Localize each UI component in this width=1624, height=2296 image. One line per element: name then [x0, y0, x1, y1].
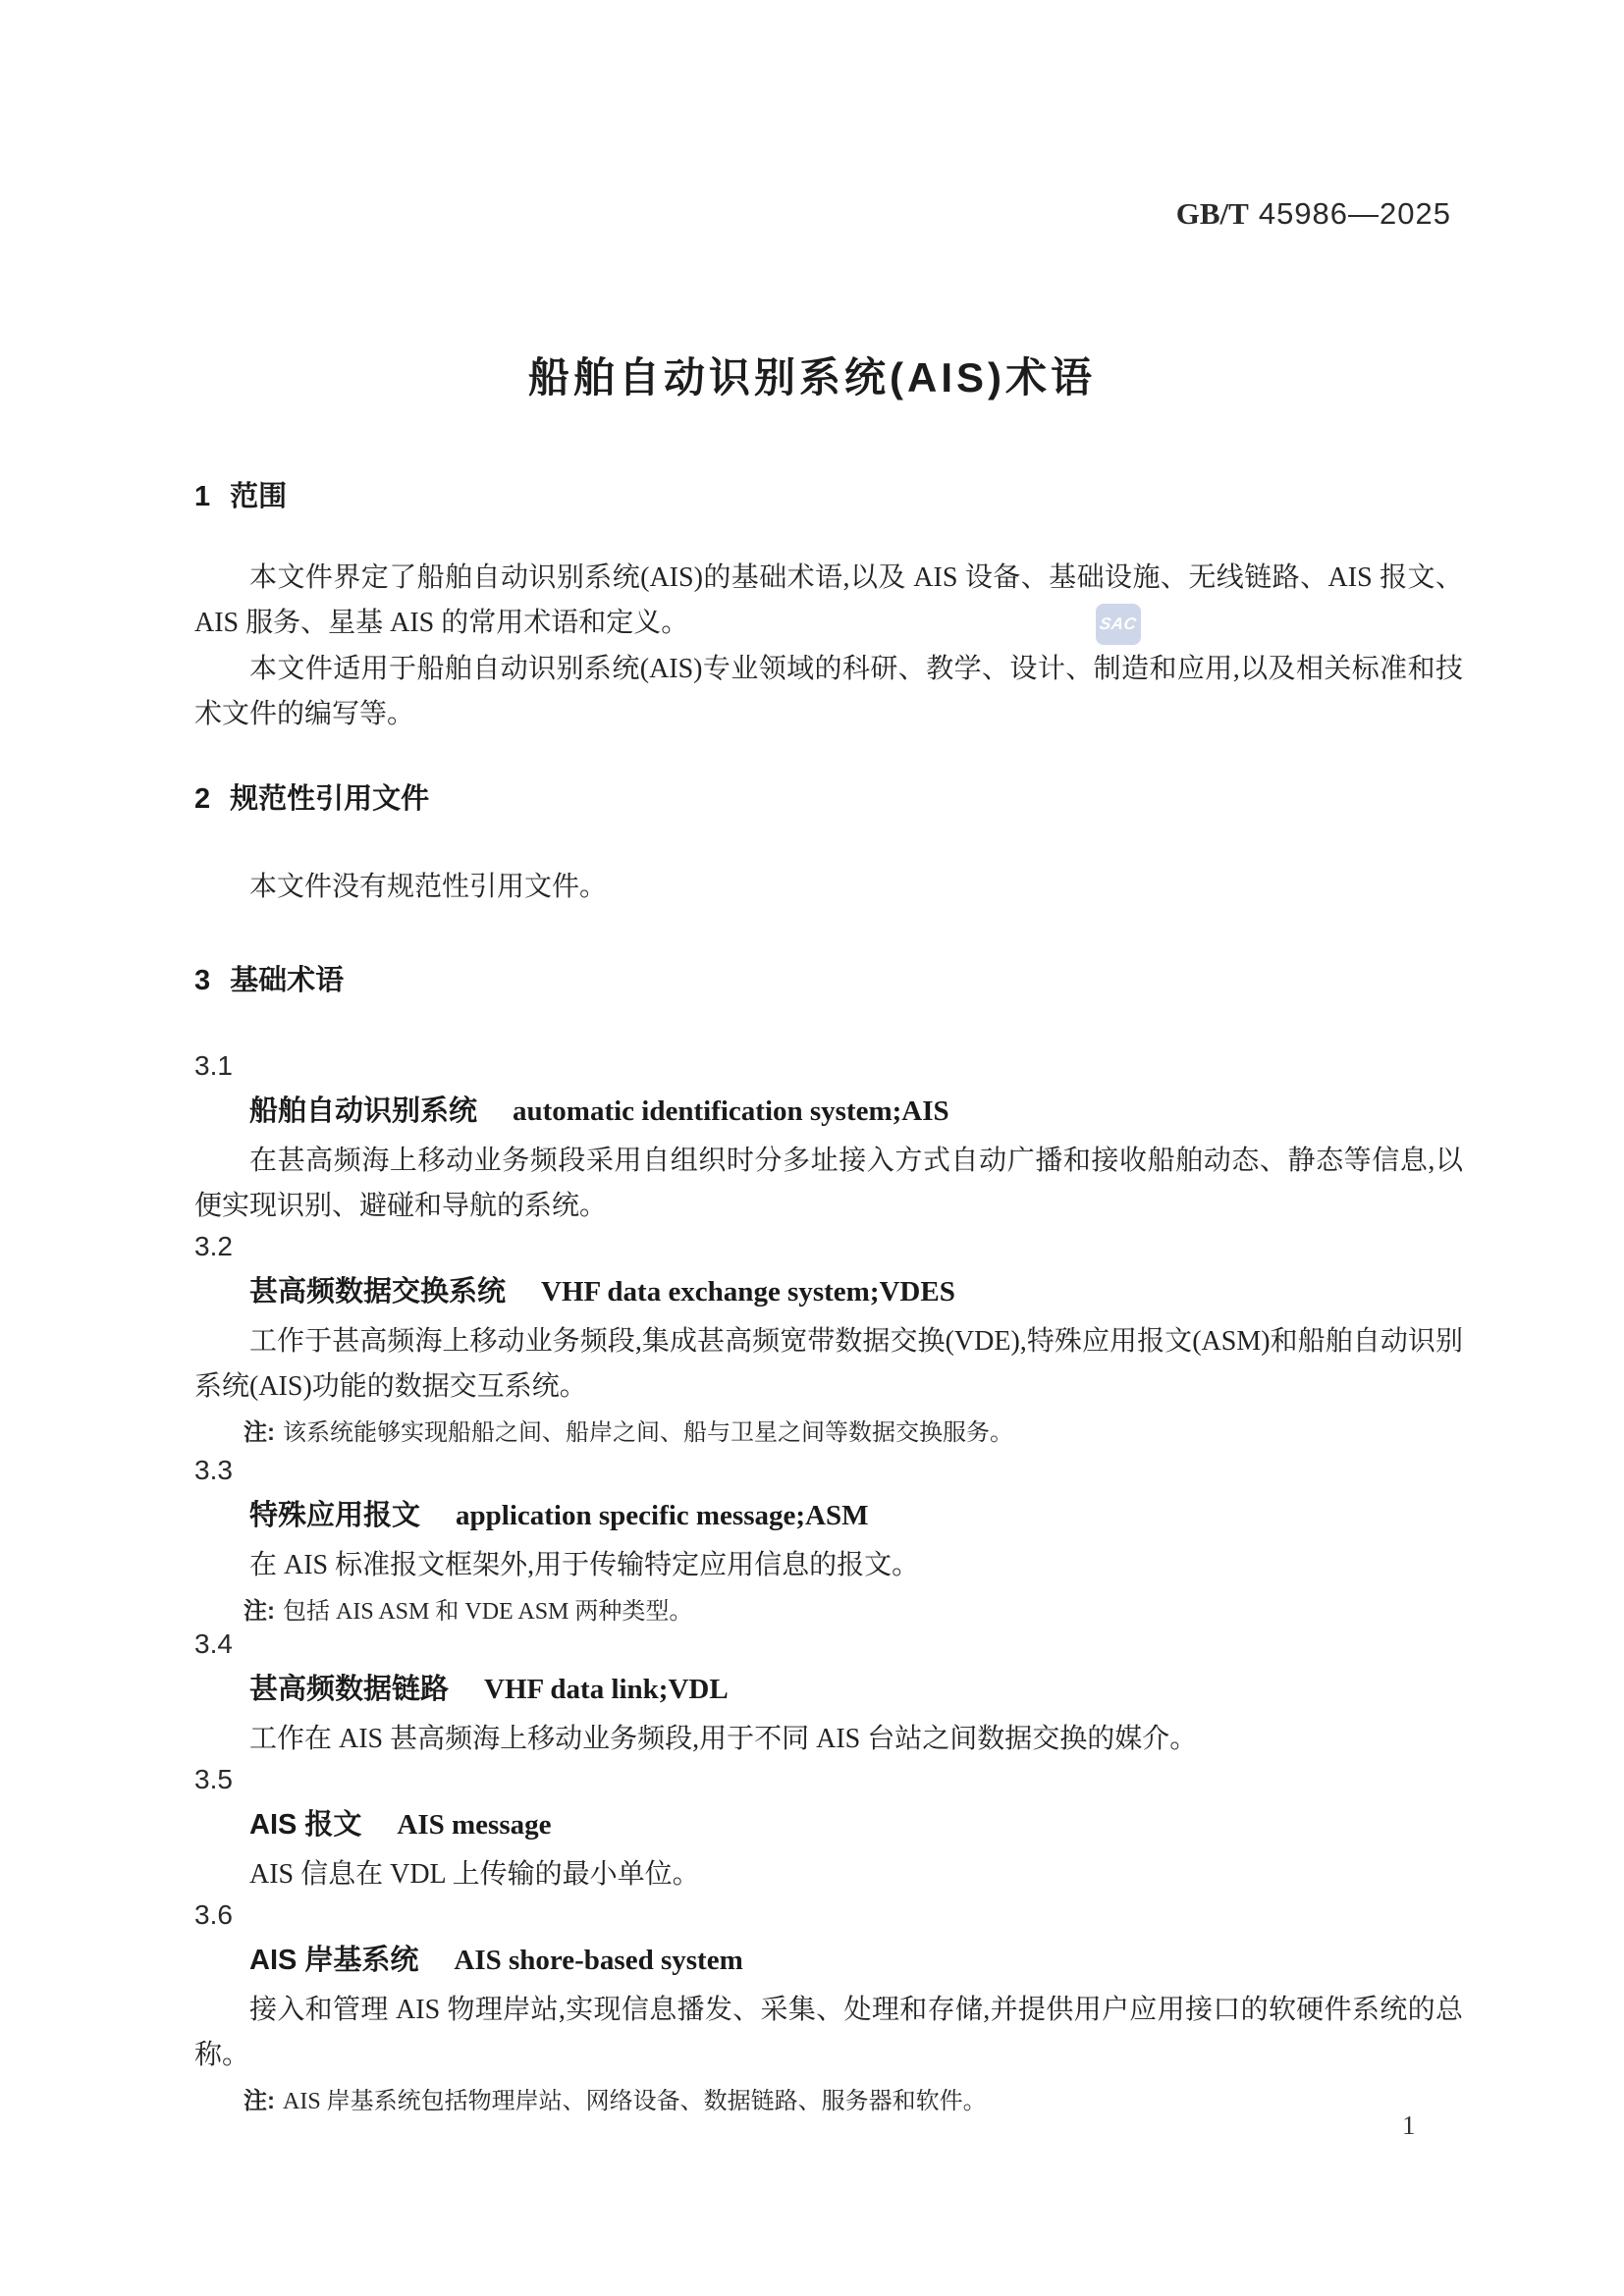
- term-definition: 在甚高频海上移动业务频段采用自组织时分多址接入方式自动广播和接收船舶动态、静态等…: [194, 1139, 1463, 1229]
- term-entry-3-3: 3.3 特殊应用报文application specific message;A…: [194, 1448, 1463, 1633]
- term-number: 3.2: [194, 1224, 1463, 1269]
- term-line: 船舶自动识别系统automatic identification system;…: [194, 1089, 1463, 1139]
- note-text: 该系统能够实现船船之间、船岸之间、船与卫星之间等数据交换服务。: [283, 1420, 1013, 1446]
- term-number: 3.5: [194, 1757, 1463, 1802]
- term-name-zh: 特殊应用报文: [249, 1500, 420, 1531]
- clause-number: 2: [194, 783, 210, 815]
- term-name-zh: 船舶自动识别系统: [249, 1095, 477, 1127]
- term-definition: 在 AIS 标准报文框架外,用于传输特定应用信息的报文。: [194, 1543, 1463, 1588]
- standard-code-prefix: GB/T: [1176, 196, 1249, 231]
- term-definition: 工作于甚高频海上移动业务频段,集成甚高频宽带数据交换(VDE),特殊应用报文(A…: [194, 1319, 1463, 1410]
- page-number: 1: [1402, 2110, 1416, 2141]
- note-label: 注:: [244, 1598, 275, 1625]
- standard-code: GB/T45986—2025: [1176, 196, 1451, 232]
- clause-heading-basic-terms: 3基础术语: [194, 961, 1463, 1000]
- term-entry-3-2: 3.2 甚高频数据交换系统VHF data exchange system;VD…: [194, 1224, 1463, 1455]
- term-name-zh: AIS 岸基系统: [249, 1945, 418, 1976]
- term-entry-3-6: 3.6 AIS 岸基系统AIS shore-based system 接入和管理…: [194, 1893, 1463, 2123]
- term-name-en: AIS message: [397, 1809, 551, 1841]
- term-number: 3.1: [194, 1043, 1463, 1089]
- term-line: 甚高频数据交换系统VHF data exchange system;VDES: [194, 1269, 1463, 1319]
- clause-title: 规范性引用文件: [230, 783, 429, 815]
- term-line: 甚高频数据链路VHF data link;VDL: [194, 1667, 1463, 1717]
- scope-paragraph-2: 本文件适用于船舶自动识别系统(AIS)专业领域的科研、教学、设计、制造和应用,以…: [194, 647, 1463, 737]
- term-entry-3-5: 3.5 AIS 报文AIS message AIS 信息在 VDL 上传输的最小…: [194, 1757, 1463, 1897]
- term-name-en: automatic identification system;AIS: [513, 1095, 949, 1127]
- clause-number: 1: [194, 481, 210, 512]
- term-name-en: VHF data link;VDL: [484, 1674, 729, 1705]
- term-definition: 接入和管理 AIS 物理岸站,实现信息播发、采集、处理和存储,并提供用户应用接口…: [194, 1988, 1463, 2078]
- term-entry-3-4: 3.4 甚高频数据链路VHF data link;VDL 工作在 AIS 甚高频…: [194, 1622, 1463, 1762]
- clause-title: 范围: [230, 481, 287, 512]
- references-paragraph-block: 本文件没有规范性引用文件。: [194, 865, 1463, 910]
- note-label: 注:: [244, 2088, 275, 2114]
- term-entry-3-1: 3.1 船舶自动识别系统automatic identification sys…: [194, 1043, 1463, 1229]
- document-title: 船舶自动识别系统(AIS)术语: [0, 346, 1624, 404]
- term-name-en: application specific message;ASM: [456, 1500, 868, 1531]
- clause-number: 3: [194, 965, 210, 996]
- term-line: 特殊应用报文application specific message;ASM: [194, 1493, 1463, 1543]
- scope-paragraph-2-block: 本文件适用于船舶自动识别系统(AIS)专业领域的科研、教学、设计、制造和应用,以…: [194, 647, 1463, 737]
- term-definition: AIS 信息在 VDL 上传输的最小单位。: [194, 1852, 1463, 1897]
- note-text: AIS 岸基系统包括物理岸站、网络设备、数据链路、服务器和软件。: [283, 2089, 987, 2114]
- clause-heading-scope: 1范围: [194, 477, 1463, 516]
- references-paragraph: 本文件没有规范性引用文件。: [194, 865, 1463, 910]
- term-number: 3.3: [194, 1448, 1463, 1493]
- term-definition: 工作在 AIS 甚高频海上移动业务频段,用于不同 AIS 台站之间数据交换的媒介…: [194, 1717, 1463, 1762]
- term-name-en: VHF data exchange system;VDES: [541, 1276, 955, 1308]
- term-name-zh: AIS 报文: [249, 1809, 361, 1841]
- note-label: 注:: [244, 1419, 275, 1446]
- term-name-zh: 甚高频数据交换系统: [249, 1276, 506, 1308]
- term-name-en: AIS shore-based system: [454, 1945, 742, 1976]
- term-note: 注:AIS 岸基系统包括物理岸站、网络设备、数据链路、服务器和软件。: [194, 2080, 1463, 2123]
- term-number: 3.6: [194, 1893, 1463, 1938]
- term-line: AIS 岸基系统AIS shore-based system: [194, 1938, 1463, 1988]
- clause-heading-references: 2规范性引用文件: [194, 779, 1463, 819]
- clause-title: 基础术语: [230, 965, 344, 996]
- term-number: 3.4: [194, 1622, 1463, 1667]
- scope-paragraph-1: 本文件界定了船舶自动识别系统(AIS)的基础术语,以及 AIS 设备、基础设施、…: [194, 556, 1463, 646]
- standard-code-number: 45986—2025: [1259, 196, 1451, 231]
- document-page: GB/T45986—2025 SAC 船舶自动识别系统(AIS)术语 1范围 本…: [0, 0, 1624, 2296]
- term-line: AIS 报文AIS message: [194, 1802, 1463, 1852]
- term-name-zh: 甚高频数据链路: [249, 1674, 449, 1705]
- scope-paragraph-1-block: 本文件界定了船舶自动识别系统(AIS)的基础术语,以及 AIS 设备、基础设施、…: [194, 556, 1463, 646]
